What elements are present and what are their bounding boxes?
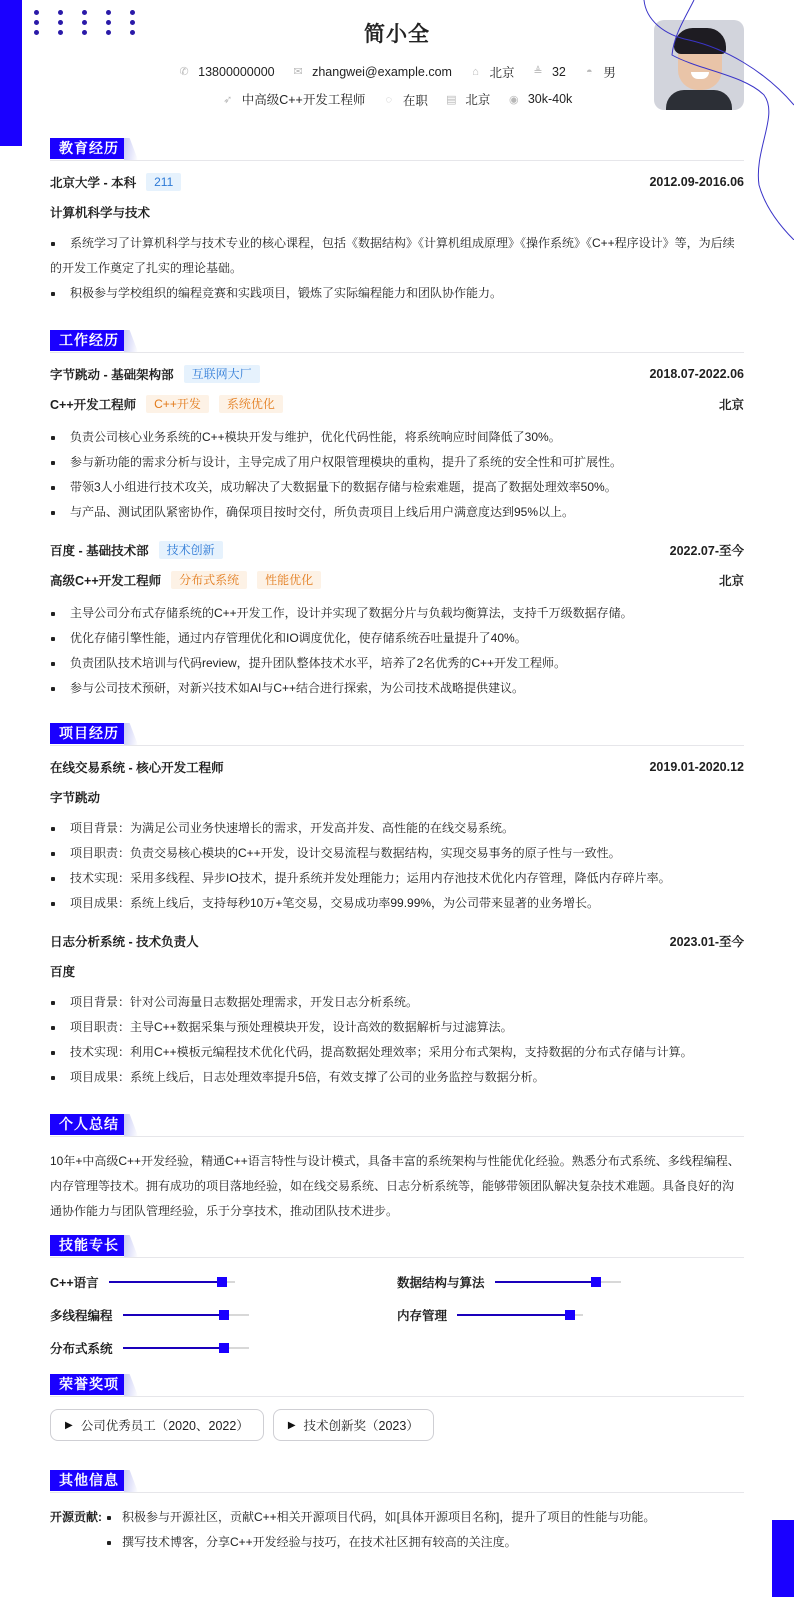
send-icon: ➶: [222, 93, 234, 106]
age-item: ≜32: [532, 65, 566, 79]
open-source-row: 开源贡献: 积极参与开源社区，贡献C++相关开源项目代码，如[具体开源项目名称]…: [50, 1505, 744, 1555]
education-bullets: 系统学习了计算机科学与技术专业的核心课程，包括《数据结构》《计算机组成原理》《操…: [50, 231, 744, 306]
work-section: 工作经历 字节跳动 - 基础架构部互联网大厂 2018.07-2022.06 C…: [50, 329, 744, 722]
school-name: 北京大学 - 本科: [50, 173, 136, 191]
section-title-shade: [124, 1470, 138, 1492]
job-role: C++开发工程师: [50, 395, 136, 413]
section-header: 工作经历: [50, 329, 744, 353]
list-item: 项目成果：系统上线后，支持每秒10万+笔交易，交易成功率99.99%，为公司带来…: [50, 891, 744, 916]
job-period: 2022.07-至今: [670, 541, 744, 559]
awards-section: 荣誉奖项 ▶公司优秀员工（2020、2022） ▶技术创新奖（2023）: [50, 1373, 744, 1469]
project-period: 2023.01-至今: [670, 932, 744, 950]
skill-level-knob: [591, 1277, 601, 1287]
skill-level-bar: [495, 1281, 621, 1283]
skill-level-knob: [219, 1343, 229, 1353]
award-item: ▶公司优秀员工（2020、2022）: [50, 1409, 264, 1441]
home-icon: ⌂: [469, 66, 481, 78]
company-tag: 技术创新: [159, 541, 223, 559]
age-value: 32: [552, 65, 566, 79]
summary-section: 个人总结 10年+中高级C++开发经验，精通C++语言特性与设计模式，具备丰富的…: [50, 1113, 744, 1234]
job-location: 北京: [719, 395, 744, 413]
list-item: 负责团队技术培训与代码review，提升团队整体技术水平，培养了2名优秀的C++…: [50, 651, 744, 676]
open-source-bullets: 积极参与开源社区，贡献C++相关开源项目代码，如[具体开源项目名称]，提升了项目…: [106, 1505, 655, 1555]
other-section: 其他信息 开源贡献: 积极参与开源社区，贡献C++相关开源项目代码，如[具体开源…: [50, 1469, 744, 1555]
project-company: 百度: [50, 962, 744, 978]
major: 计算机科学与技术: [50, 203, 744, 219]
triangle-right-icon: ▶: [288, 1420, 296, 1431]
section-header: 技能专长: [50, 1234, 744, 1258]
list-item: 参与新功能的需求分析与设计，主导完成了用户权限管理模块的重构，提升了系统的安全性…: [50, 450, 744, 475]
section-header: 其他信息: [50, 1469, 744, 1493]
role-tag: 分布式系统: [171, 571, 247, 589]
skill-name: 多线程编程: [50, 1306, 113, 1324]
skill-level-knob: [217, 1277, 227, 1287]
job-entry: 字节跳动 - 基础架构部互联网大厂 2018.07-2022.06 C++开发工…: [50, 365, 744, 541]
skill-level-bar: [123, 1314, 249, 1316]
project-entry: 在线交易系统 - 核心开发工程师 2019.01-2020.12 字节跳动 项目…: [50, 758, 744, 932]
phone-icon: ✆: [178, 65, 190, 78]
skills-section: 技能专长 C++语言 数据结构与算法 多线程编程 内存管理: [50, 1234, 744, 1373]
status-value: 在职: [403, 91, 428, 109]
company-name: 字节跳动 - 基础架构部: [50, 365, 174, 383]
section-title: 其他信息: [50, 1470, 128, 1491]
target-city-item: ▤北京: [445, 90, 490, 108]
list-item: 撰写技术博客，分享C++开发经验与技巧，在技术社区拥有较高的关注度。: [106, 1530, 655, 1555]
list-item: 参与公司技术预研，对新兴技术如AI与C++结合进行探索，为公司技术战略提供建议。: [50, 676, 744, 701]
section-title-shade: [124, 330, 138, 352]
section-header: 项目经历: [50, 722, 744, 746]
target-city-value: 北京: [465, 90, 490, 108]
job-company-row: 百度 - 基础技术部技术创新 2022.07-至今: [50, 541, 744, 559]
list-item: 项目成果：系统上线后，日志处理效率提升5倍，有效支撑了公司的业务监控与数据分析。: [50, 1065, 744, 1090]
list-item: 积极参与开源社区，贡献C++相关开源项目代码，如[具体开源项目名称]，提升了项目…: [106, 1505, 655, 1530]
job-role-row: C++开发工程师C++开发系统优化 北京: [50, 395, 744, 413]
skill-level-bar: [109, 1281, 235, 1283]
job-period: 2018.07-2022.06: [649, 367, 744, 381]
skill-level-knob: [219, 1310, 229, 1320]
list-item: 技术实现：采用多线程、异步IO技术，提升系统并发处理能力；运用内存池技术优化内存…: [50, 866, 744, 891]
skill-item: 内存管理: [397, 1303, 744, 1326]
section-title: 技能专长: [50, 1235, 128, 1256]
list-item: 主导公司分布式存储系统的C++开发工作，设计并实现了数据分片与负载均衡算法，支持…: [50, 601, 744, 626]
project-entry: 日志分析系统 - 技术负责人 2023.01-至今 百度 项目背景：针对公司海量…: [50, 932, 744, 1090]
list-item: 积极参与学校组织的编程竞赛和实践项目，锻炼了实际编程能力和团队协作能力。: [50, 281, 744, 306]
project-bullets: 项目背景：为满足公司业务快速增长的需求，开发高并发、高性能的在线交易系统。 项目…: [50, 816, 744, 916]
section-header: 荣誉奖项: [50, 1373, 744, 1397]
skill-level-bar: [123, 1347, 249, 1349]
accent-bar-bottom-right: [772, 1520, 794, 1597]
job-entry: 百度 - 基础技术部技术创新 2022.07-至今 高级C++开发工程师分布式系…: [50, 541, 744, 701]
section-title-shade: [124, 1114, 138, 1136]
resume-content: 教育经历 北京大学 - 本科211 2012.09-2016.06 计算机科学与…: [50, 137, 744, 1555]
section-title: 工作经历: [50, 330, 128, 351]
award-label: 公司优秀员工（2020、2022）: [81, 1416, 249, 1434]
education-period: 2012.09-2016.06: [649, 175, 744, 189]
summary-text: 10年+中高级C++开发经验，精通C++语言特性与设计模式，具备丰富的系统架构与…: [50, 1149, 744, 1224]
list-item: 负责公司核心业务系统的C++模块开发与维护，优化代码性能，将系统响应时间降低了3…: [50, 425, 744, 450]
target-position-item: ➶中高级C++开发工程师: [222, 90, 366, 108]
list-item: 带领3人小组进行技术攻关，成功解决了大数据量下的数据存储与检索难题，提高了数据处…: [50, 475, 744, 500]
gender-item: ◓男: [583, 63, 616, 81]
list-item: 优化存储引擎性能，通过内存管理优化和IO调度优化，使存储系统吞吐量提升了40%。: [50, 626, 744, 651]
mail-icon: ✉: [292, 65, 304, 78]
hometown-item: ⌂北京: [469, 63, 514, 81]
gender-value: 男: [603, 63, 616, 81]
role-tag: 系统优化: [219, 395, 283, 413]
salary-icon: ◉: [508, 93, 520, 106]
email-item: ✉zhangwei@example.com: [292, 65, 452, 79]
job-role: 高级C++开发工程师: [50, 571, 161, 589]
list-item: 与产品、测试团队紧密协作，确保项目按时交付，所负责项目上线后用户满意度达到95%…: [50, 500, 744, 525]
education-section: 教育经历 北京大学 - 本科211 2012.09-2016.06 计算机科学与…: [50, 137, 744, 329]
section-header: 个人总结: [50, 1113, 744, 1137]
section-title: 荣誉奖项: [50, 1374, 128, 1395]
school-tag: 211: [146, 173, 181, 191]
open-source-label: 开源贡献:: [50, 1505, 106, 1555]
section-title-shade: [124, 1235, 138, 1257]
triangle-right-icon: ▶: [65, 1420, 73, 1431]
section-header: 教育经历: [50, 137, 744, 161]
resume-page: 简小全 ✆13800000000 ✉zhangwei@example.com ⌂…: [0, 0, 794, 1597]
skill-name: 分布式系统: [50, 1339, 113, 1357]
skill-name: 数据结构与算法: [397, 1273, 485, 1291]
skill-level-bar: [457, 1314, 583, 1316]
list-item: 项目背景：针对公司海量日志数据处理需求，开发日志分析系统。: [50, 990, 744, 1015]
company-name: 百度 - 基础技术部: [50, 541, 149, 559]
skill-level-knob: [565, 1310, 575, 1320]
age-icon: ≜: [532, 65, 544, 78]
section-title-shade: [124, 1374, 138, 1396]
award-item: ▶技术创新奖（2023）: [273, 1409, 434, 1441]
hometown-value: 北京: [489, 63, 514, 81]
section-title: 教育经历: [50, 138, 128, 159]
skill-item: 分布式系统: [50, 1336, 397, 1359]
skill-item: C++语言: [50, 1270, 397, 1293]
phone-value: 13800000000: [198, 65, 274, 79]
status-item: ◌在职: [383, 91, 428, 109]
list-item: 技术实现：利用C++模板元编程技术优化代码，提高数据处理效率；采用分布式架构，支…: [50, 1040, 744, 1065]
email-value: zhangwei@example.com: [312, 65, 452, 79]
skill-name: C++语言: [50, 1273, 99, 1291]
skills-grid: C++语言 数据结构与算法 多线程编程 内存管理 分布式系统: [50, 1270, 744, 1359]
project-period: 2019.01-2020.12: [649, 760, 744, 774]
job-role-row: 高级C++开发工程师分布式系统性能优化 北京: [50, 571, 744, 589]
role-tag: C++开发: [146, 395, 209, 413]
section-title: 项目经历: [50, 723, 128, 744]
project-title-row: 在线交易系统 - 核心开发工程师 2019.01-2020.12: [50, 758, 744, 776]
section-title-shade: [124, 723, 138, 745]
list-item: 项目职责：负责交易核心模块的C++开发，设计交易流程与数据结构，实现交易事务的原…: [50, 841, 744, 866]
salary-item: ◉30k-40k: [508, 92, 572, 106]
project-bullets: 项目背景：针对公司海量日志数据处理需求，开发日志分析系统。 项目职责：主导C++…: [50, 990, 744, 1090]
project-name: 日志分析系统 - 技术负责人: [50, 932, 199, 950]
resume-header: 简小全 ✆13800000000 ✉zhangwei@example.com ⌂…: [0, 0, 794, 140]
skill-item: 多线程编程: [50, 1303, 397, 1326]
avatar-photo: [654, 20, 744, 110]
job-location: 北京: [719, 571, 744, 589]
list-item: 项目职责：主导C++数据采集与预处理模块开发，设计高效的数据解析与过滤算法。: [50, 1015, 744, 1040]
company-tag: 互联网大厂: [184, 365, 260, 383]
job-bullets: 负责公司核心业务系统的C++模块开发与维护，优化代码性能，将系统响应时间降低了3…: [50, 425, 744, 525]
project-company: 字节跳动: [50, 788, 744, 804]
building-icon: ▤: [445, 93, 457, 106]
salary-value: 30k-40k: [528, 92, 572, 106]
award-label: 技术创新奖（2023）: [304, 1416, 419, 1434]
awards-list: ▶公司优秀员工（2020、2022） ▶技术创新奖（2023）: [50, 1409, 744, 1441]
job-company-row: 字节跳动 - 基础架构部互联网大厂 2018.07-2022.06: [50, 365, 744, 383]
skill-name: 内存管理: [397, 1306, 447, 1324]
section-title-shade: [124, 138, 138, 160]
target-position-value: 中高级C++开发工程师: [242, 90, 366, 108]
education-row: 北京大学 - 本科211 2012.09-2016.06: [50, 173, 744, 191]
list-item: 系统学习了计算机科学与技术专业的核心课程，包括《数据结构》《计算机组成原理》《操…: [50, 231, 744, 281]
project-name: 在线交易系统 - 核心开发工程师: [50, 758, 224, 776]
skill-item: 数据结构与算法: [397, 1270, 744, 1293]
projects-section: 项目经历 在线交易系统 - 核心开发工程师 2019.01-2020.12 字节…: [50, 722, 744, 1113]
gender-icon: ◓: [583, 66, 595, 78]
list-item: 项目背景：为满足公司业务快速增长的需求，开发高并发、高性能的在线交易系统。: [50, 816, 744, 841]
status-icon: ◌: [383, 94, 395, 106]
phone-item: ✆13800000000: [178, 65, 274, 79]
role-tag: 性能优化: [257, 571, 321, 589]
job-bullets: 主导公司分布式存储系统的C++开发工作，设计并实现了数据分片与负载均衡算法，支持…: [50, 601, 744, 701]
project-title-row: 日志分析系统 - 技术负责人 2023.01-至今: [50, 932, 744, 950]
section-title: 个人总结: [50, 1114, 128, 1135]
